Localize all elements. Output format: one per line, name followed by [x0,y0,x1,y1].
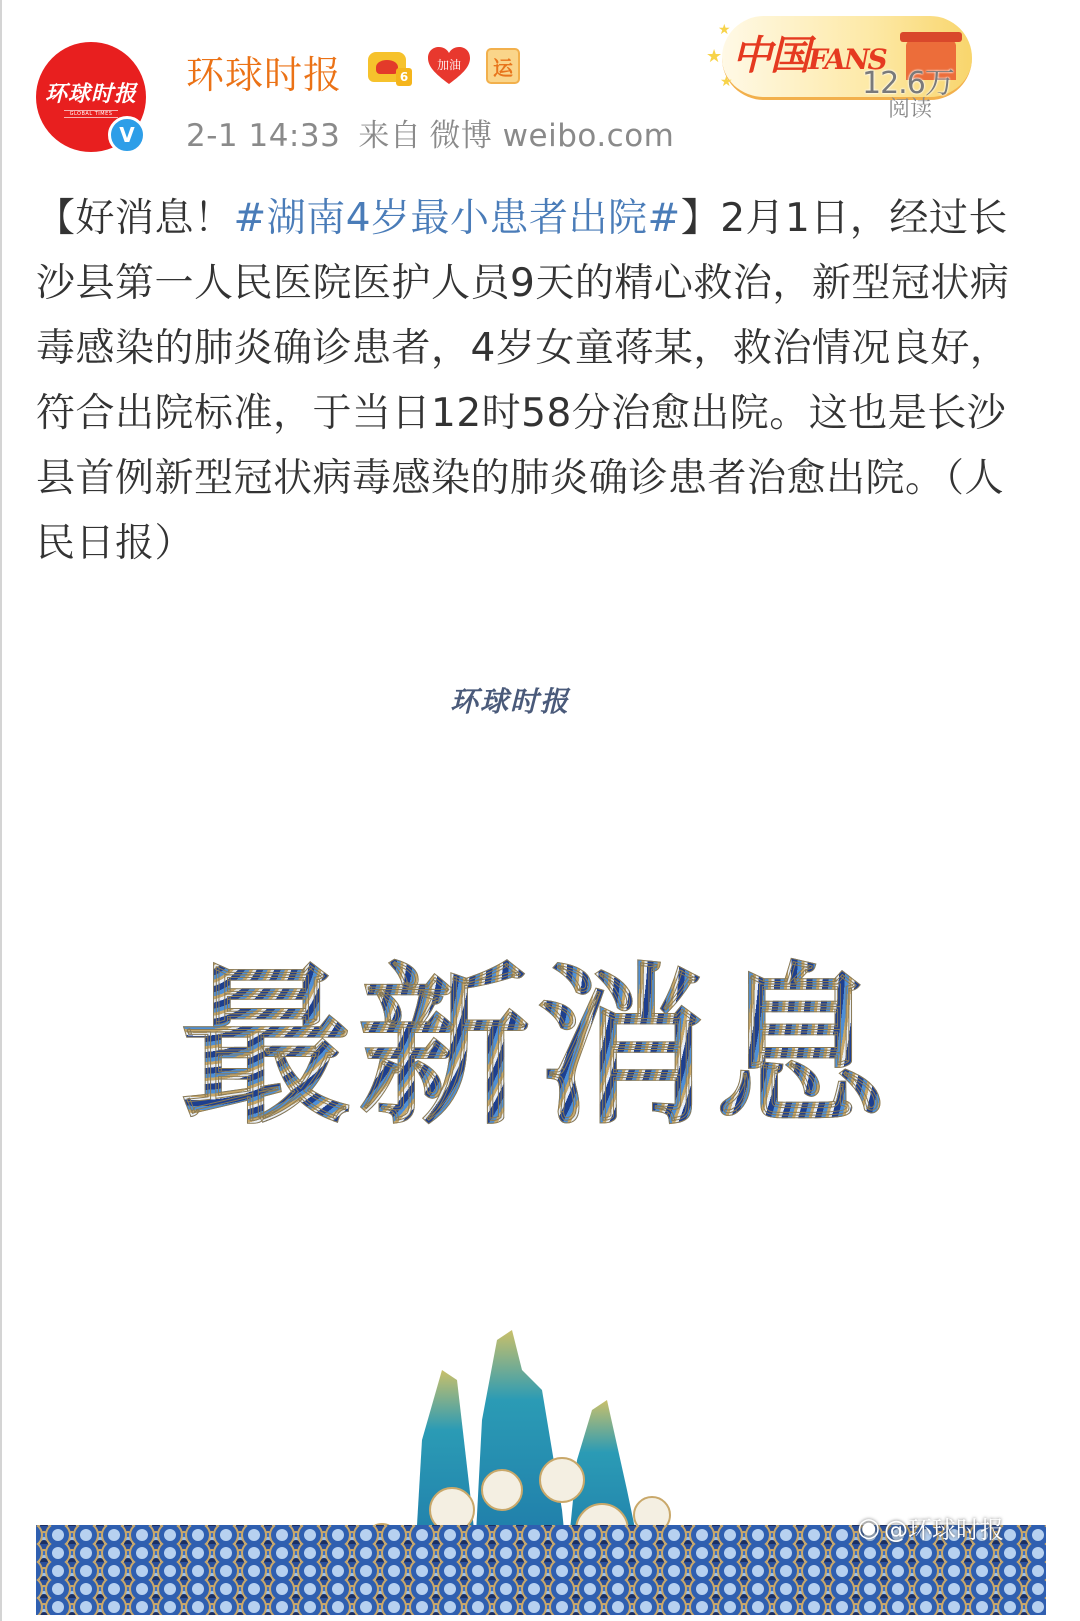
star-icon: ★ [718,22,731,38]
source-prefix: 来自 [358,118,421,154]
user-badges: 6 加油 运 [368,46,520,86]
watermark-text: @环球时报 [884,1510,1004,1545]
heart-badge-icon[interactable]: 加油 [426,46,472,86]
timestamp: 2-1 14:33 [186,118,340,154]
heart-badge-label: 加油 [437,56,461,73]
topic-link[interactable]: #湖南4岁最小患者出院# [234,196,681,241]
weibo-watermark: ◉ @环球时报 [857,1510,1004,1545]
image-logo: 环球时报 [450,680,570,720]
star-icon: ★ [720,74,733,90]
post-body: 】2月1日，经过长沙县第一人民医院医护人员9天的精心救治，新型冠状病毒感染的肺炎… [36,196,1009,566]
avatar-subtext: GLOBAL TIMES [64,110,119,118]
image-headline: 最新消息 [180,910,892,1157]
post-image[interactable]: 环球时报 最新消息 [2,590,1080,1621]
post-text: 【好消息！#湖南4岁最小患者出院#】2月1日，经过长沙县第一人民医院医护人员9天… [36,186,1036,576]
post-meta: 2-1 14:33来自微博 weibo.com [186,110,692,155]
post-prefix: 【好消息！ [36,196,234,241]
source-link[interactable]: 微博 weibo.com [429,118,674,154]
star-icon: ★ [706,46,722,67]
weibo-logo-icon: ◉ [857,1513,880,1543]
crown-badge-icon[interactable]: 6 [368,46,412,86]
post-header: 环球时报 GLOBAL TIMES V 环球时报 6 加油 运 2-1 14:3… [0,0,1080,160]
read-label: 阅读 [888,92,932,123]
avatar-logo-text: 环球时报 [45,77,137,108]
crown-level: 6 [396,68,412,86]
yun-badge-icon[interactable]: 运 [486,48,520,84]
username-link[interactable]: 环球时报 [186,44,342,99]
mountain-waves-illustration [2,1310,1080,1620]
verified-icon: V [108,116,146,154]
